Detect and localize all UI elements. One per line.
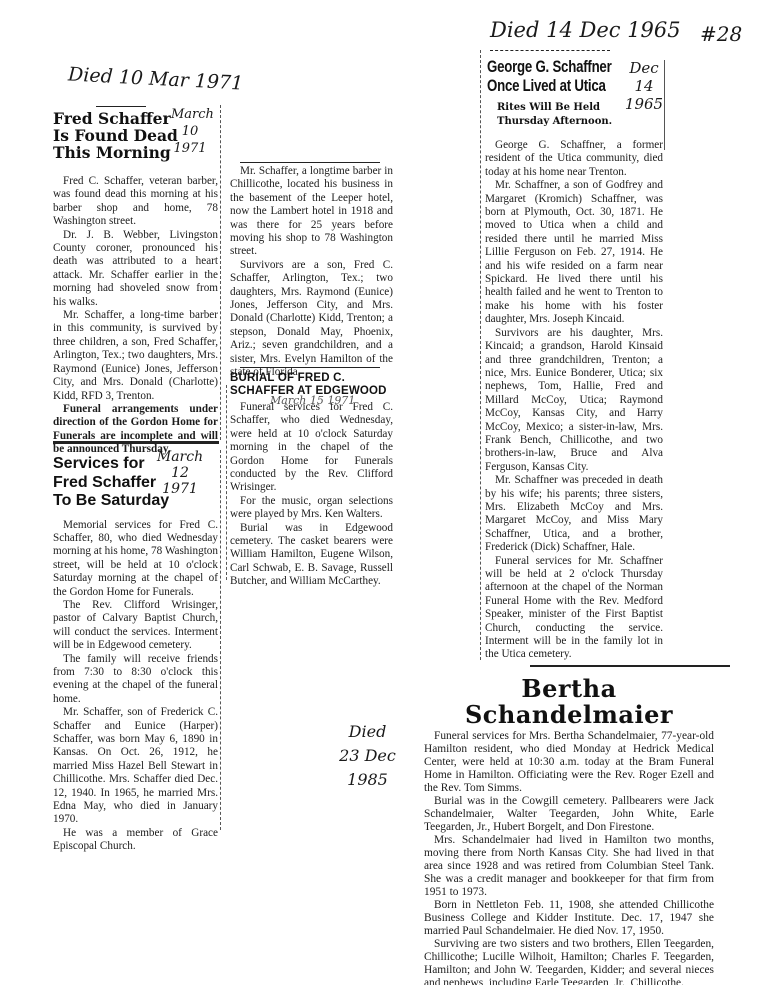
paragraph: The Rev. Clifford Wrisinger, pastor of C… — [53, 599, 218, 653]
paragraph: Born in Nettleton Feb. 11, 1908, she att… — [424, 899, 714, 938]
clipping-top-rule — [240, 367, 380, 368]
handwritten-line: March — [155, 449, 205, 465]
column-rule — [220, 105, 221, 440]
article-body: Funeral services for Mrs. Bertha Schande… — [424, 730, 714, 985]
handwritten-margin-date: March 12 1971 — [155, 449, 205, 497]
handwritten-line: 1985 — [330, 768, 405, 792]
paragraph: Funeral services for Fred C. Schaffer, w… — [230, 401, 393, 495]
clipping-fred-continued: Mr. Schaffer, a longtime barber in Chill… — [230, 165, 393, 380]
paragraph: Mr. Schaffer, a long-time barber in this… — [53, 309, 218, 403]
paragraph: He was a member of Grace Episcopal Churc… — [53, 827, 218, 854]
handwritten-line: 1971 — [155, 481, 205, 497]
column-rule — [664, 60, 665, 150]
paragraph: Funeral services for Mrs. Bertha Schande… — [424, 730, 714, 795]
paragraph: For the music, organ selections were pla… — [230, 495, 393, 522]
headline: George G. Schaffner Once Lived at Utica — [487, 57, 626, 95]
column-rule — [220, 450, 221, 830]
paragraph: Funeral services for Mr. Schaffner will … — [485, 555, 663, 662]
clipping-top-rule — [96, 106, 146, 107]
paragraph: Surviving are two sisters and two brothe… — [424, 938, 714, 985]
handwritten-line: Dec — [623, 59, 665, 77]
handwritten-died-1985: Died 23 Dec 1985 — [330, 720, 405, 792]
handwritten-page-number: #28 — [700, 22, 742, 46]
clipping-fred-found-dead: Fred Schaffer Is Found Dead This Morning… — [53, 110, 218, 457]
article-body: George G. Schaffner, a former resident o… — [485, 139, 663, 662]
clipping-fred-services: Services for Fred Schaffer To Be Saturda… — [53, 455, 218, 854]
handwritten-line: March — [171, 106, 209, 123]
paragraph: Mr. Schaffner was preceded in death by h… — [485, 474, 663, 554]
handwritten-line: 1971 — [171, 140, 209, 157]
handwritten-line: 14 — [623, 77, 665, 95]
headline-line: Once Lived at Utica — [487, 76, 626, 95]
paragraph: Mr. Schaffer, son of Frederick C. Schaff… — [53, 706, 218, 827]
handwritten-line: 23 Dec — [330, 744, 405, 768]
clipping-divider — [53, 441, 219, 444]
clipping-bertha-schandelmaier: Bertha Schandelmaier Funeral services fo… — [424, 676, 714, 985]
paragraph: George G. Schaffner, a former resident o… — [485, 139, 663, 179]
paragraph: Memorial services for Fred C. Schaffer, … — [53, 519, 218, 599]
clipping-divider — [530, 665, 730, 667]
article-body: Mr. Schaffer, a longtime barber in Chill… — [230, 165, 393, 380]
article-body: Fred C. Schaffer, veteran barber, was fo… — [53, 175, 218, 457]
handwritten-margin-date: March 15 1971 — [270, 394, 355, 407]
paragraph: Mrs. Schandelmaier had lived in Hamilton… — [424, 834, 714, 899]
handwritten-died-1971: Died 10 Mar 1971 — [68, 63, 244, 94]
handwritten-line: 12 — [155, 465, 205, 481]
paragraph: The family will receive friends from 7:3… — [53, 653, 218, 707]
paragraph: Mr. Schaffer, a longtime barber in Chill… — [230, 165, 393, 259]
paragraph: Mr. Schaffner, a son of Godfrey and Marg… — [485, 179, 663, 326]
paragraph: Survivors are a son, Fred C. Schaffer, A… — [230, 259, 393, 380]
handwritten-line: Died — [330, 720, 405, 744]
article-body: Memorial services for Fred C. Schaffer, … — [53, 519, 218, 854]
column-rule — [226, 385, 227, 580]
handwritten-line: 1965 — [623, 95, 665, 113]
paragraph: Burial was in Edgewood cemetery. The cas… — [230, 522, 393, 589]
paragraph: Survivors are his daughter, Mrs. Kincaid… — [485, 327, 663, 474]
article-body: Funeral services for Fred C. Schaffer, w… — [230, 401, 393, 589]
handwritten-margin-date: Dec 14 1965 — [623, 59, 665, 113]
column-rule — [480, 50, 481, 660]
handwritten-line: 10 — [171, 123, 209, 140]
paragraph: Fred C. Schaffer, veteran barber, was fo… — [53, 175, 218, 229]
subheadline-line: Thursday Afternoon. — [497, 115, 665, 129]
handwritten-margin-date: March 10 1971 — [171, 106, 209, 157]
paragraph: Dr. J. B. Webber, Livingston County coro… — [53, 229, 218, 309]
paragraph: Burial was in the Cowgill cemetery. Pall… — [424, 795, 714, 834]
clipping-fred-burial: BURIAL OF FRED C. SCHAFFER AT EDGEWOOD M… — [230, 372, 393, 589]
headline-line: BURIAL OF FRED C. — [230, 372, 393, 385]
clipping-george-schaffner: George G. Schaffner Once Lived at Utica … — [485, 57, 665, 662]
clipping-top-rule — [240, 162, 380, 163]
handwritten-died-1965: Died 14 Dec 1965 — [490, 18, 681, 42]
clipping-top-rule — [490, 50, 610, 51]
headline-line: George G. Schaffner — [487, 57, 626, 76]
headline: Bertha Schandelmaier — [424, 676, 714, 728]
